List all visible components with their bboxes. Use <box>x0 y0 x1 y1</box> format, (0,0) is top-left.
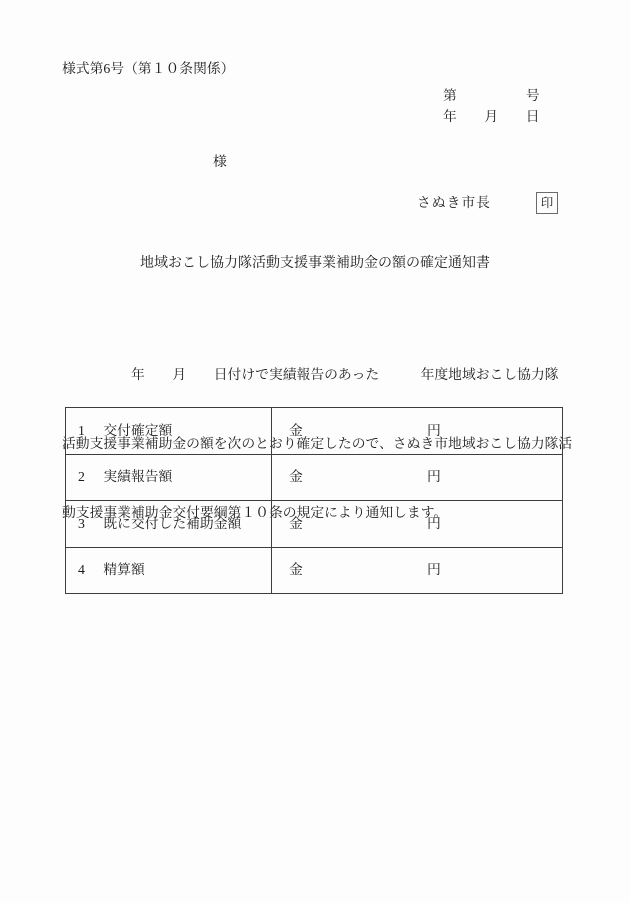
body-line-1: 年 月 日付けで実績報告のあった 年度地域おこし協力隊 <box>62 363 574 386</box>
amount-prefix: 金 <box>289 517 303 531</box>
seal-placeholder-box: 印 <box>536 192 558 214</box>
form-number-note: 様式第6号（第１０条関係） <box>62 62 234 76</box>
amount-prefix: 金 <box>289 563 303 577</box>
amount-prefix: 金 <box>289 470 303 484</box>
row-number: 2 <box>78 470 85 484</box>
table-row: 2 実績報告額 金 円 <box>66 454 563 501</box>
document-date-line: 年 月 日 <box>443 110 540 124</box>
amount-prefix: 金 <box>289 424 303 438</box>
table-row: 4 精算額 金 円 <box>66 547 563 594</box>
seal-mark: 印 <box>541 197 554 210</box>
document-number-line: 第 号 <box>443 89 540 103</box>
amounts-table: 1 交付確定額 金 円 2 実績報告額 金 円 <box>65 407 563 594</box>
document-title: 地域おこし協力隊活動支援事業補助金の額の確定通知書 <box>0 257 630 271</box>
amount-suffix: 円 <box>427 424 441 438</box>
table-row: 1 交付確定額 金 円 <box>66 408 563 455</box>
amount-suffix: 円 <box>427 563 441 577</box>
recipient-honorific: 様 <box>213 155 227 169</box>
row-label: 精算額 <box>103 563 144 577</box>
row-label: 実績報告額 <box>103 470 172 484</box>
amount-suffix: 円 <box>427 470 441 484</box>
issuer-name: さぬき市長 <box>417 196 491 210</box>
row-label: 既に交付した補助金額 <box>103 517 241 531</box>
document-page: 様式第6号（第１０条関係） 第 号 年 月 日 様 さぬき市長 印 地域おこし協… <box>0 0 630 903</box>
row-label: 交付確定額 <box>103 424 172 438</box>
amount-suffix: 円 <box>427 517 441 531</box>
row-number: 1 <box>78 424 85 438</box>
row-number: 4 <box>78 563 85 577</box>
table-row: 3 既に交付した補助金額 金 円 <box>66 501 563 548</box>
row-number: 3 <box>78 517 85 531</box>
